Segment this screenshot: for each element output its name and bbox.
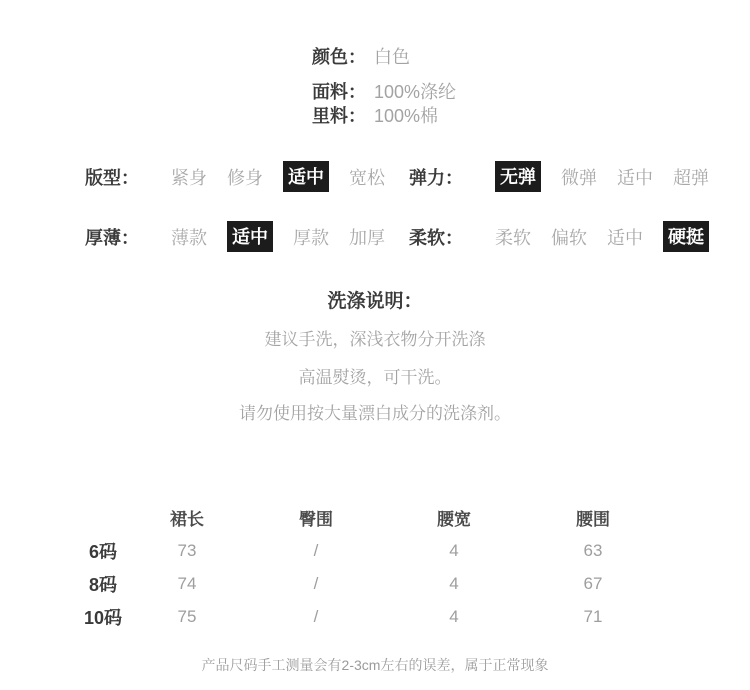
- fit-option-regular-selected: 适中: [283, 161, 329, 192]
- size-value: 4: [409, 541, 499, 561]
- thickness-option-medium-selected: 适中: [227, 221, 273, 252]
- size-value: 75: [151, 607, 223, 627]
- size-chart-row-10: 10码 75 / 4 71: [55, 600, 687, 633]
- fabric-label: 面料：: [312, 81, 374, 105]
- fabric-block: 面料：100%涤纶 里料：100%棉: [312, 81, 456, 128]
- size-value: 4: [409, 607, 499, 627]
- size-label: 10码: [55, 604, 151, 630]
- attr-group-fit: 版型： 紧身 修身 适中 宽松: [85, 161, 385, 192]
- size-chart-row-6: 6码 73 / 4 63: [55, 534, 687, 567]
- size-value: 74: [151, 574, 223, 594]
- washing-title: 洗涤说明：: [0, 286, 750, 313]
- softness-option-softish: 偏软: [551, 224, 587, 250]
- lining-label: 里料：: [312, 105, 374, 129]
- lining-value: 100%棉: [374, 106, 438, 126]
- size-value: /: [223, 541, 409, 561]
- fit-option-tight: 紧身: [171, 164, 207, 190]
- size-label: 6码: [55, 538, 151, 564]
- elasticity-option-super: 超弹: [673, 164, 709, 190]
- fit-option-slim: 修身: [227, 164, 263, 190]
- fabric-value: 100%涤纶: [374, 82, 456, 102]
- lining-row: 里料：100%棉: [312, 105, 456, 129]
- size-chart-header-skirt-length: 裙长: [151, 505, 223, 530]
- size-value: 73: [151, 541, 223, 561]
- thickness-option-thick: 厚款: [293, 224, 329, 250]
- size-chart-table: 裙长 臀围 腰宽 腰围 6码 73 / 4 63 8码 74 / 4 67 10…: [55, 501, 687, 633]
- elasticity-option-none-selected: 无弹: [495, 161, 541, 192]
- fit-label: 版型：: [85, 164, 139, 190]
- fabric-row: 面料：100%涤纶: [312, 81, 456, 105]
- size-value: 4: [409, 574, 499, 594]
- thickness-option-thin: 薄款: [171, 224, 207, 250]
- thickness-label: 厚薄：: [85, 224, 139, 250]
- thickness-option-extra-thick: 加厚: [349, 224, 385, 250]
- size-value: 71: [499, 607, 687, 627]
- size-chart-header-row: 裙长 臀围 腰宽 腰围: [55, 501, 687, 534]
- fit-option-loose: 宽松: [349, 164, 385, 190]
- color-row: 颜色：白色: [312, 43, 410, 69]
- size-value: 67: [499, 574, 687, 594]
- softness-label: 柔软：: [409, 224, 463, 250]
- size-chart-row-8: 8码 74 / 4 67: [55, 567, 687, 600]
- measurement-disclaimer: 产品尺码手工测量会有2-3cm左右的误差，属于正常现象: [0, 655, 750, 675]
- elasticity-option-slight: 微弹: [561, 164, 597, 190]
- size-value: /: [223, 574, 409, 594]
- elasticity-option-medium: 适中: [617, 164, 653, 190]
- softness-option-medium: 适中: [607, 224, 643, 250]
- size-chart-header-waist-width: 腰宽: [409, 505, 499, 530]
- attr-row-2: 厚薄： 薄款 适中 厚款 加厚 柔软： 柔软 偏软 适中 硬挺: [0, 221, 750, 249]
- size-value: 63: [499, 541, 687, 561]
- softness-option-soft: 柔软: [495, 224, 531, 250]
- size-value: /: [223, 607, 409, 627]
- size-label: 8码: [55, 571, 151, 597]
- attr-group-thickness: 厚薄： 薄款 适中 厚款 加厚: [85, 221, 385, 252]
- washing-line-1: 建议手洗，深浅衣物分开洗涤: [0, 325, 750, 350]
- product-detail-page: { "colors": { "background": "#ffffff", "…: [0, 0, 750, 690]
- attr-group-softness: 柔软： 柔软 偏软 适中 硬挺: [409, 221, 709, 252]
- washing-line-2: 高温熨烫，可干洗。: [0, 363, 750, 388]
- washing-line-3: 请勿使用按大量漂白成分的洗涤剂。: [0, 399, 750, 424]
- attr-row-1: 版型： 紧身 修身 适中 宽松 弹力： 无弹 微弹 适中 超弹: [0, 161, 750, 189]
- attr-group-elasticity: 弹力： 无弹 微弹 适中 超弹: [409, 161, 709, 192]
- color-value: 白色: [374, 47, 410, 67]
- size-chart-header-waist: 腰围: [499, 505, 687, 530]
- softness-option-stiff-selected: 硬挺: [663, 221, 709, 252]
- color-label: 颜色：: [312, 43, 374, 69]
- elasticity-label: 弹力：: [409, 164, 463, 190]
- size-chart-header-hip: 臀围: [223, 505, 409, 530]
